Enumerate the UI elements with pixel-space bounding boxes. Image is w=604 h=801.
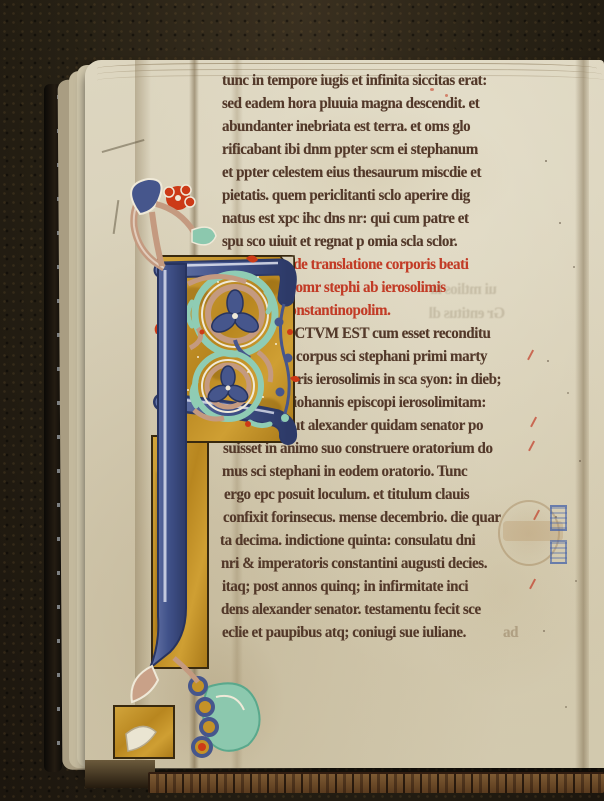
vine-medallion [195,353,261,419]
illuminated-initial-F [98,172,313,772]
manuscript-line: tunc in tempore iugis et infinita siccit… [222,72,487,90]
manuscript-line: rificabant ibi dnm ppter scm ei stephanu… [222,141,478,159]
measuring-ruler [148,772,604,793]
page-underside-shadow [85,760,155,788]
top-flourish [131,179,216,268]
photo-backdrop: tunc in tempore iugis et infinita siccit… [0,0,604,801]
manuscript-line: ui mtlios la [431,281,497,299]
manuscript-line: ACTVM EST cum esset reconditu [284,325,490,343]
manuscript-line: ad [503,624,518,642]
initial-foot [114,706,174,758]
manuscript-line: sed eadem hora pluuia magna descendit. e… [222,95,479,113]
manuscript-line: Gr entitus dl [429,305,505,323]
vine-medallion [195,274,275,358]
blue-stamp-fragment [550,540,567,564]
manuscript-line: ut alexander quidam senator po [292,417,483,435]
manuscript-line: iohannis episcopi ierosolimitam: [293,394,486,412]
manuscript-line: corpus sci stephani primi marty [296,348,487,366]
manuscript-line: ris ierosolimis in sca syon: in dieb; [297,371,501,389]
blue-stamp-fragment [550,505,567,531]
manuscript-line: abundanter inebriata est terra. et oms g… [222,118,470,136]
